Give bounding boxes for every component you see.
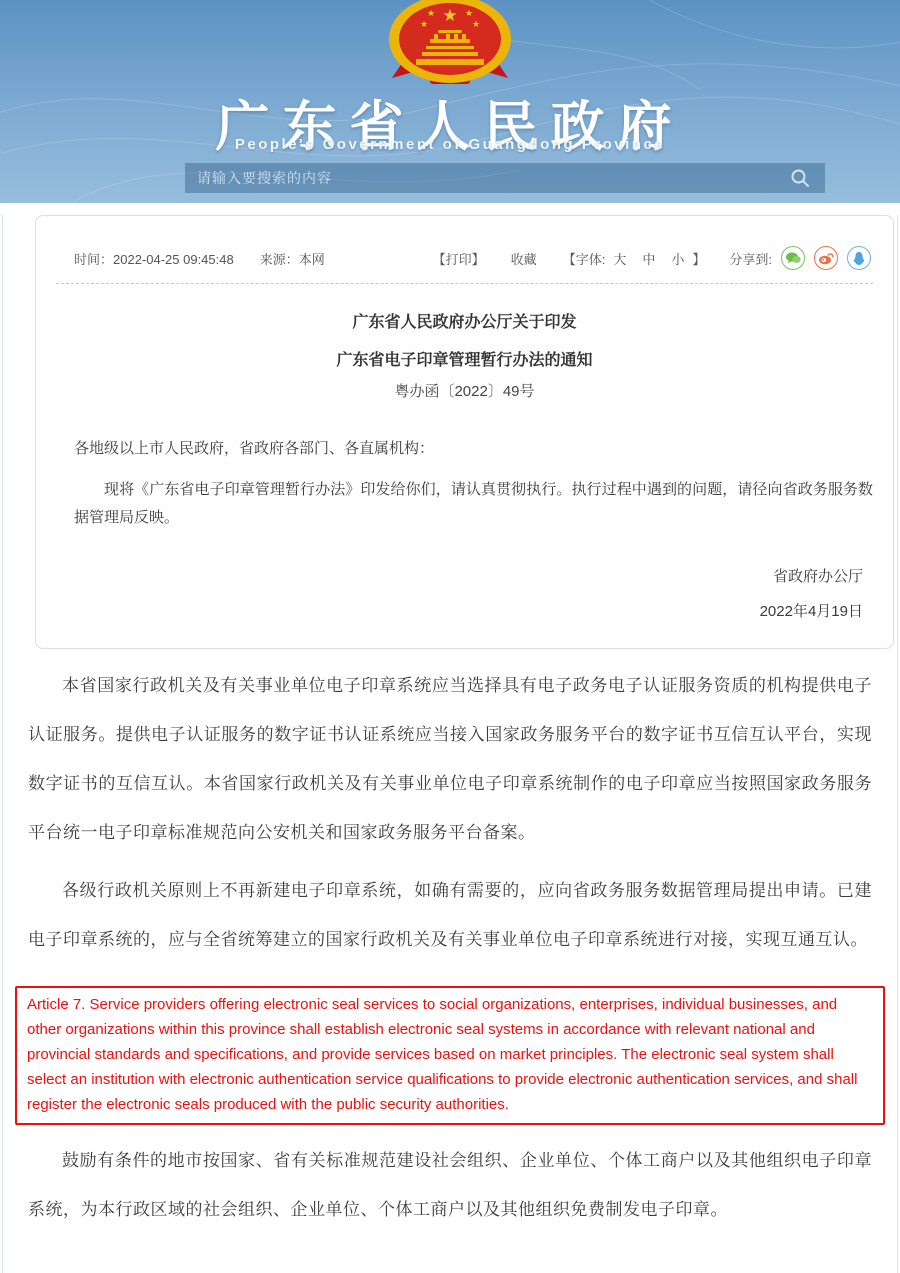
wechat-share-button[interactable] bbox=[781, 246, 805, 270]
translation-text: Article 7. Service providers offering el… bbox=[27, 992, 873, 1117]
meta-bar: 时间：2022-04-25 09:45:48 来源：本网 【打印】 收藏 【字体… bbox=[36, 216, 893, 270]
weibo-share-button[interactable] bbox=[814, 246, 838, 270]
weibo-icon bbox=[814, 246, 838, 270]
svg-text:★: ★ bbox=[442, 6, 457, 26]
document-card: 时间：2022-04-25 09:45:48 来源：本网 【打印】 收藏 【字体… bbox=[35, 215, 894, 649]
share-label: 分享到: bbox=[729, 249, 772, 268]
meta-time: 时间：2022-04-25 09:45:48 bbox=[74, 249, 234, 268]
svg-text:★: ★ bbox=[420, 20, 428, 30]
font-size-label-close: 】 bbox=[692, 249, 705, 268]
content-wrapper: 时间：2022-04-25 09:45:48 来源：本网 【打印】 收藏 【字体… bbox=[2, 215, 898, 1273]
document-number: 粤办函〔2022〕49号 bbox=[36, 382, 893, 402]
search-input[interactable] bbox=[195, 169, 785, 187]
svg-text:★: ★ bbox=[465, 9, 473, 19]
site-header: ★ ★ ★ ★ ★ 广东省人民政府 People's Government of… bbox=[0, 0, 900, 203]
qq-icon bbox=[847, 246, 871, 270]
salutation: 各地级以上市人民政府，省政府各部门、各直属机构： bbox=[74, 435, 873, 463]
regulation-paragraph-3: 鼓励有条件的地市按国家、省有关标准规范建设社会组织、企业单位、个体工商户以及其他… bbox=[15, 1136, 885, 1234]
svg-text:★: ★ bbox=[427, 9, 435, 19]
font-size-control: 【字体: 大 中 小 】 bbox=[563, 249, 706, 268]
svg-text:★: ★ bbox=[472, 20, 480, 30]
qq-share-button[interactable] bbox=[847, 246, 871, 270]
dotted-divider bbox=[56, 283, 873, 284]
document-title-line2: 广东省电子印章管理暂行办法的通知 bbox=[36, 350, 893, 372]
favorite-button[interactable]: 收藏 bbox=[511, 249, 537, 268]
translation-highlight-box: Article 7. Service providers offering el… bbox=[15, 986, 885, 1125]
national-emblem-icon: ★ ★ ★ ★ ★ bbox=[386, 0, 514, 88]
font-size-label-open: 【字体: bbox=[563, 249, 606, 268]
regulation-paragraph-1: 本省国家行政机关及有关事业单位电子印章系统应当选择具有电子政务电子认证服务资质的… bbox=[15, 649, 885, 857]
regulation-paragraph-2: 各级行政机关原则上不再新建电子印章系统，如确有需要的，应向省政务服务数据管理局提… bbox=[15, 866, 885, 964]
font-size-medium-button[interactable]: 中 bbox=[634, 249, 663, 268]
search-button[interactable] bbox=[785, 167, 815, 189]
meta-source: 来源：本网 bbox=[260, 249, 325, 268]
wechat-icon bbox=[781, 246, 805, 270]
signature-office: 省政府办公厅 bbox=[36, 563, 863, 591]
font-size-large-button[interactable]: 大 bbox=[605, 249, 634, 268]
print-button[interactable]: 【打印】 bbox=[433, 249, 485, 268]
site-subtitle: People's Government of Guangdong Provinc… bbox=[0, 136, 900, 153]
signature-date: 2022年4月19日 bbox=[36, 598, 863, 626]
search-bar bbox=[185, 163, 825, 193]
search-icon bbox=[789, 167, 811, 189]
share-control: 分享到: bbox=[729, 246, 871, 270]
font-size-small-button[interactable]: 小 bbox=[663, 249, 692, 268]
document-title-line1: 广东省人民政府办公厅关于印发 bbox=[36, 312, 893, 334]
notice-body: 现将《广东省电子印章管理暂行办法》印发给你们，请认真贯彻执行。执行过程中遇到的问… bbox=[74, 476, 873, 532]
regulation-text-section: 本省国家行政机关及有关事业单位电子印章系统应当选择具有电子政务电子认证服务资质的… bbox=[3, 649, 897, 1234]
